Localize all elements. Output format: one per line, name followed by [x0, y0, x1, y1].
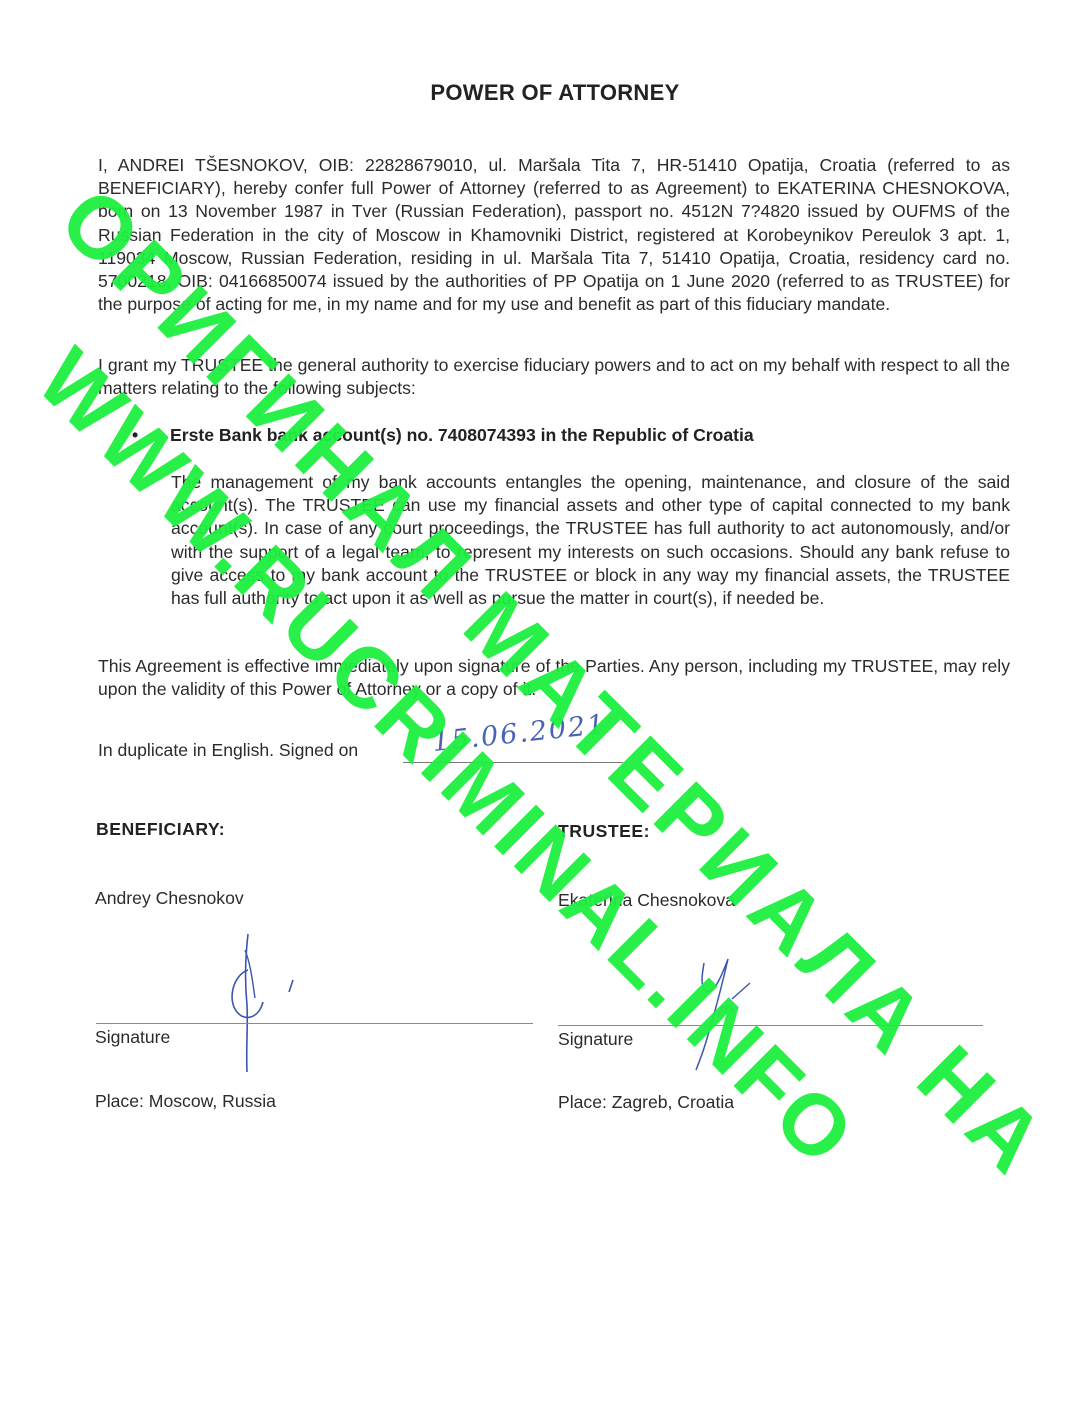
- subject-bullet: •Erste Bank bank account(s) no. 74080743…: [132, 425, 754, 446]
- document-page: POWER OF ATTORNEY I, ANDREI TŠESNOKOV, O…: [0, 0, 1080, 1414]
- trustee-signature-label: Signature: [558, 1029, 633, 1050]
- beneficiary-signature-line: [96, 1023, 533, 1024]
- beneficiary-signature-label: Signature: [95, 1027, 170, 1048]
- beneficiary-label: BENEFICIARY:: [96, 819, 225, 840]
- beneficiary-signature-icon: [215, 930, 315, 1080]
- beneficiary-place: Place: Moscow, Russia: [95, 1091, 276, 1112]
- document-title: POWER OF ATTORNEY: [0, 80, 1080, 106]
- signed-on-label: In duplicate in English. Signed on: [98, 740, 358, 761]
- beneficiary-name: Andrey Chesnokov: [95, 888, 244, 909]
- trustee-place: Place: Zagreb, Croatia: [558, 1092, 734, 1113]
